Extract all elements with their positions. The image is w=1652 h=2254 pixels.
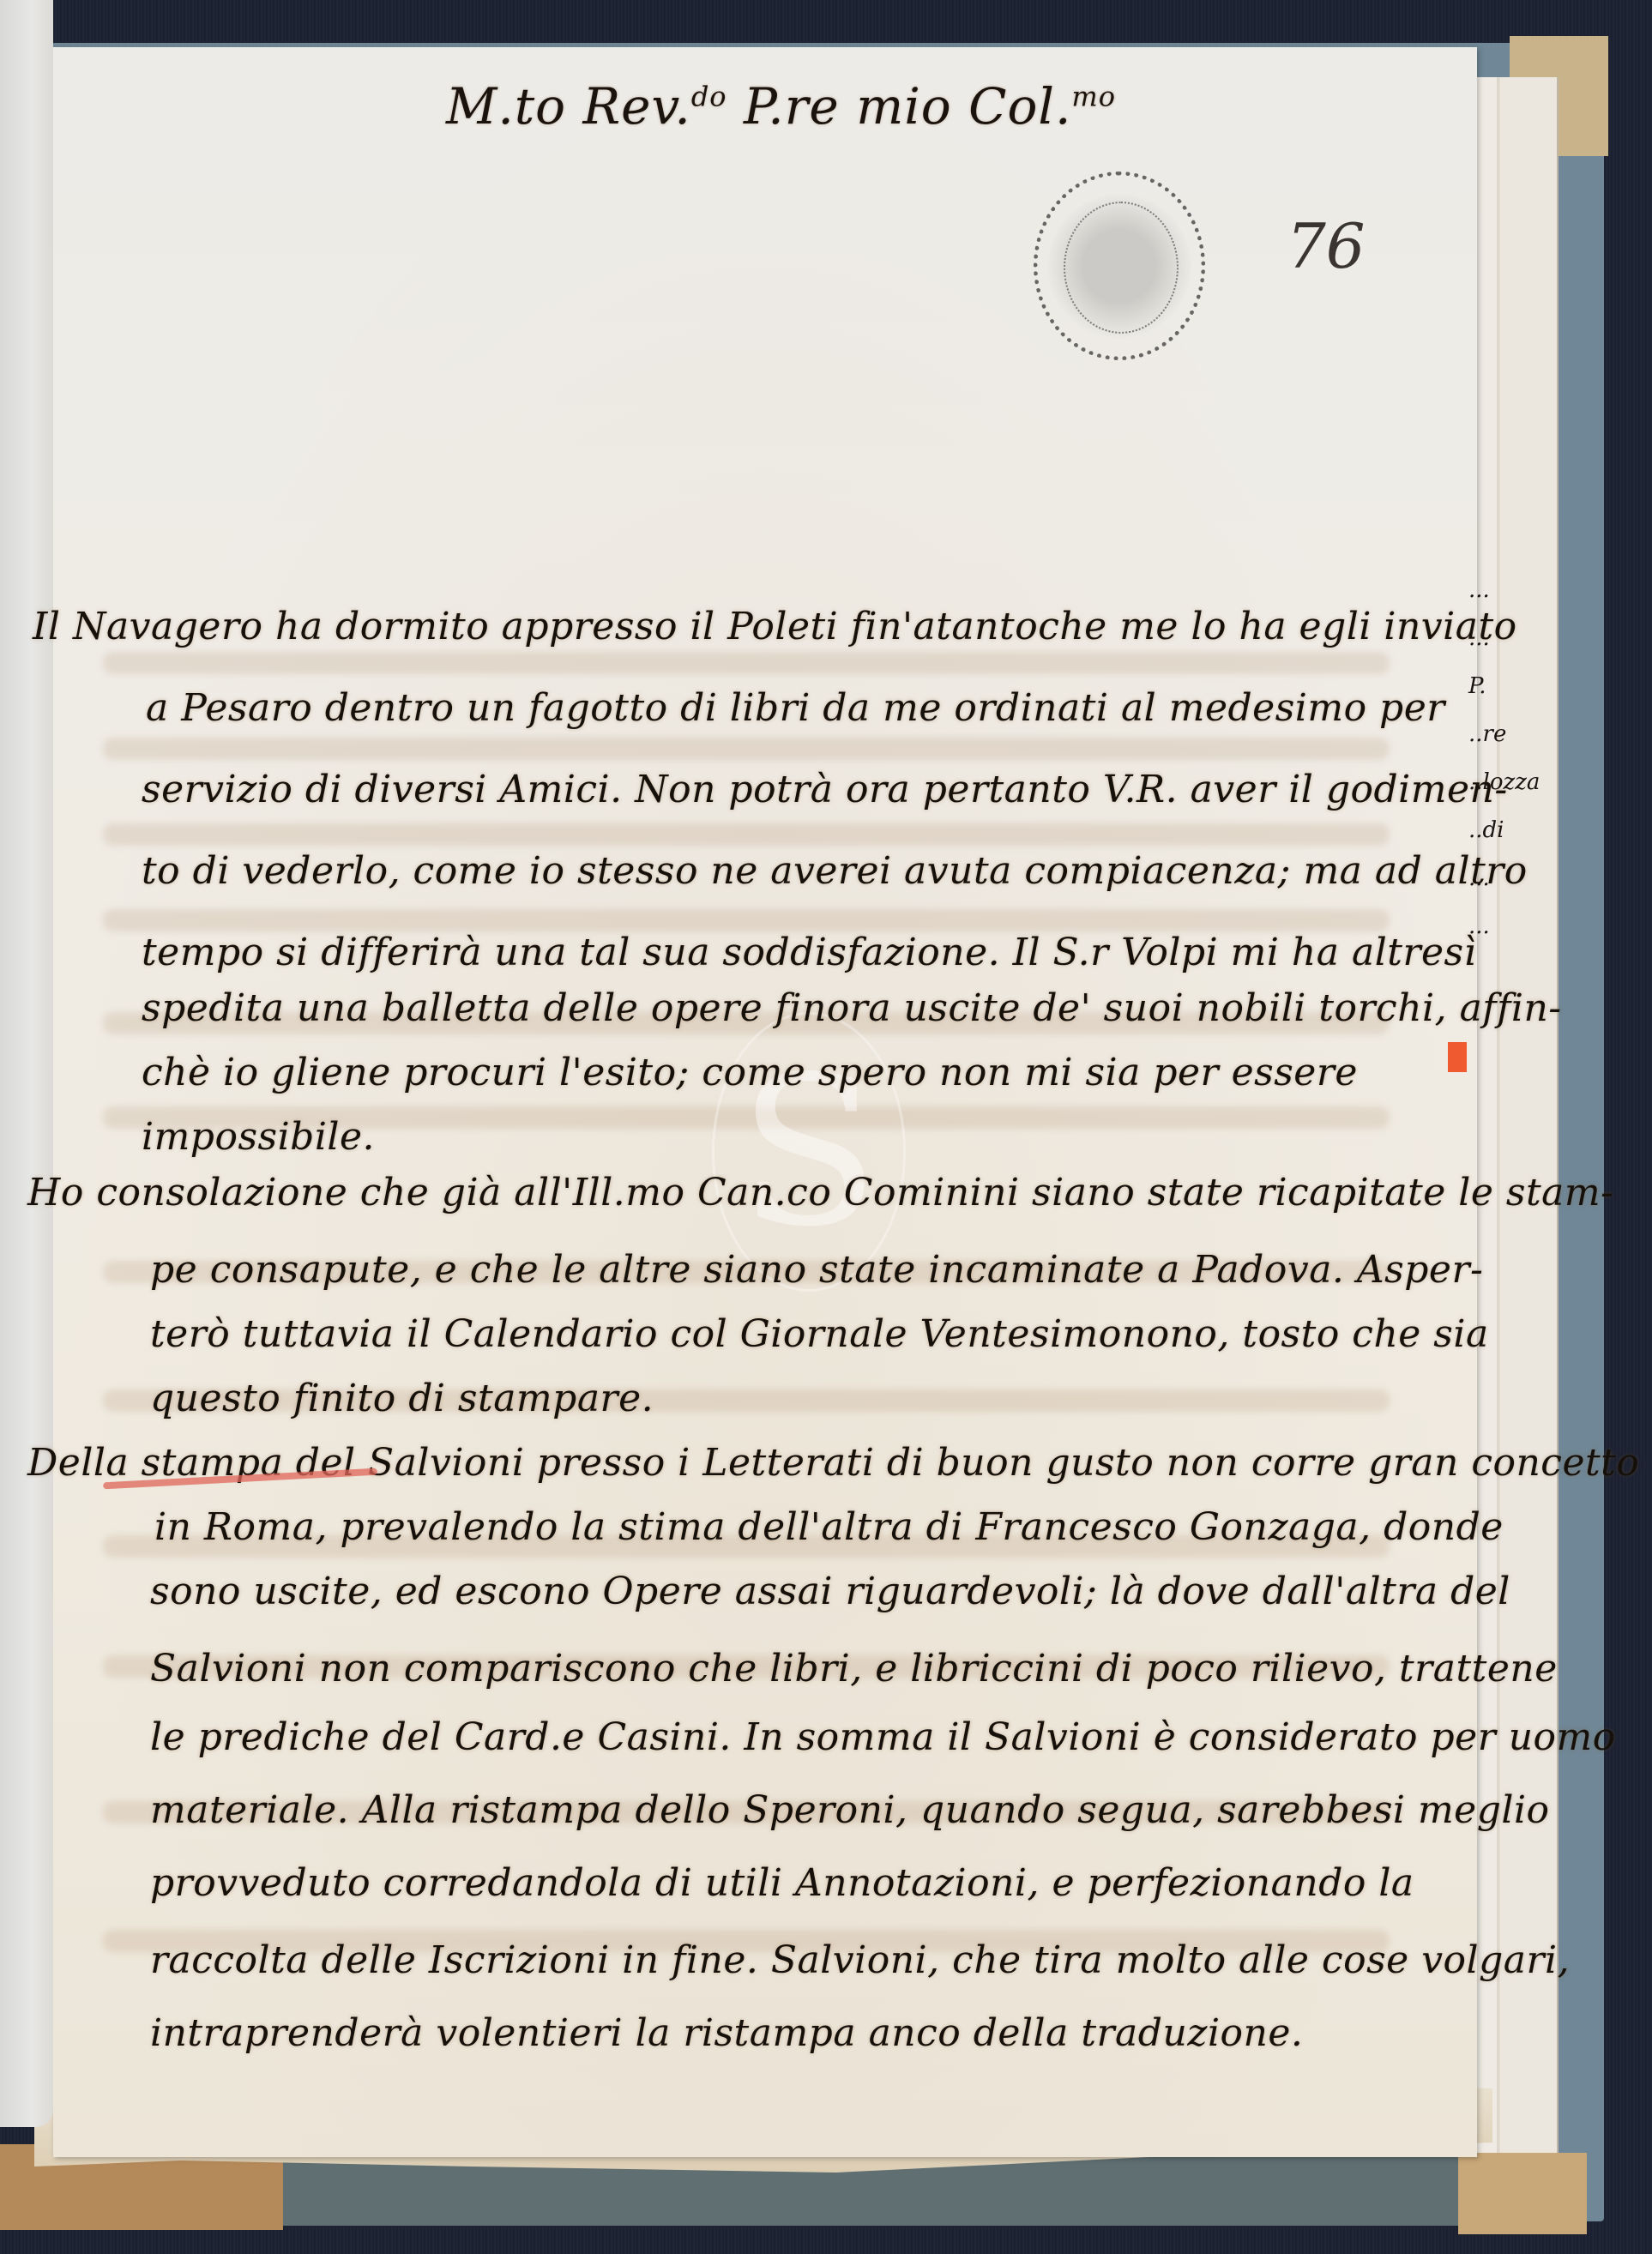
text-line: impossibile.: [142, 1115, 375, 1159]
text-line: Il Navagero ha dormito appresso il Polet…: [33, 605, 1517, 648]
text-line: terò tuttavia il Calendario col Giornale…: [150, 1312, 1489, 1356]
margin-note: ..di: [1468, 806, 1554, 854]
stamp-inner-ring: [1064, 202, 1179, 334]
salutation-mid: P.re mio Col.: [744, 77, 1071, 136]
margin-note: ...: [1468, 854, 1554, 902]
salutation-sup2: mo: [1071, 81, 1116, 113]
margin-note: ..lozza: [1468, 758, 1554, 806]
text-line: spedita una balletta delle opere finora …: [142, 986, 1562, 1030]
text-line: to di vederlo, come io stesso ne averei …: [142, 849, 1528, 893]
margin-note: ...: [1468, 902, 1554, 950]
text-line: pe consapute, e che le altre siano state…: [150, 1248, 1483, 1292]
red-tab-marker: [1448, 1042, 1467, 1072]
ink-bleed: [103, 823, 1390, 846]
margin-note: ...: [1468, 566, 1554, 614]
text-line: sono uscite, ed escono Opere assai rigua…: [150, 1570, 1510, 1613]
text-line: intraprenderà volentieri la ristampa anc…: [150, 2011, 1303, 2055]
library-stamp-icon: [1034, 172, 1205, 360]
ink-bleed: [103, 909, 1390, 931]
leather-corner-bottom-right: [1458, 2153, 1587, 2234]
text-line: materiale. Alla ristampa dello Speroni, …: [150, 1788, 1550, 1832]
ink-bleed: [103, 738, 1390, 760]
text-line: in Roma, prevalendo la stima dell'altra …: [154, 1505, 1504, 1549]
margin-note: ...: [1468, 614, 1554, 662]
text-line: Salvioni non compariscono che libri, e l…: [150, 1647, 1558, 1690]
margin-note: P.: [1468, 662, 1554, 710]
text-line: chè io gliene procuri l'esito; come sper…: [142, 1051, 1358, 1094]
text-line: tempo si differirà una tal sua soddisfaz…: [142, 931, 1476, 974]
ink-bleed: [103, 652, 1390, 674]
text-line: raccolta delle Iscrizioni in fine. Salvi…: [150, 1938, 1570, 1982]
text-line: Ho consolazione che già all'Ill.mo Can.c…: [27, 1171, 1613, 1214]
folio-number: 76: [1287, 210, 1366, 282]
text-line: a Pesaro dentro un fagotto di libri da m…: [146, 686, 1445, 730]
margin-notes: ... ... P. ..re ..lozza ..di ... ...: [1468, 566, 1554, 950]
salutation-main: M.to Rev.: [446, 77, 691, 136]
text-line: provveduto corredandola di utili Annotaz…: [150, 1861, 1414, 1905]
salutation: M.to Rev.do P.re mio Col.mo: [446, 77, 1116, 136]
text-line: le prediche del Card.e Casini. In somma …: [150, 1715, 1616, 1759]
text-line: questo finito di stampare.: [150, 1377, 654, 1420]
text-line: servizio di diversi Amici. Non potrà ora…: [142, 768, 1508, 811]
previous-leaf: [0, 0, 53, 2127]
margin-note: ..re: [1468, 710, 1554, 758]
salutation-sup1: do: [691, 81, 727, 113]
